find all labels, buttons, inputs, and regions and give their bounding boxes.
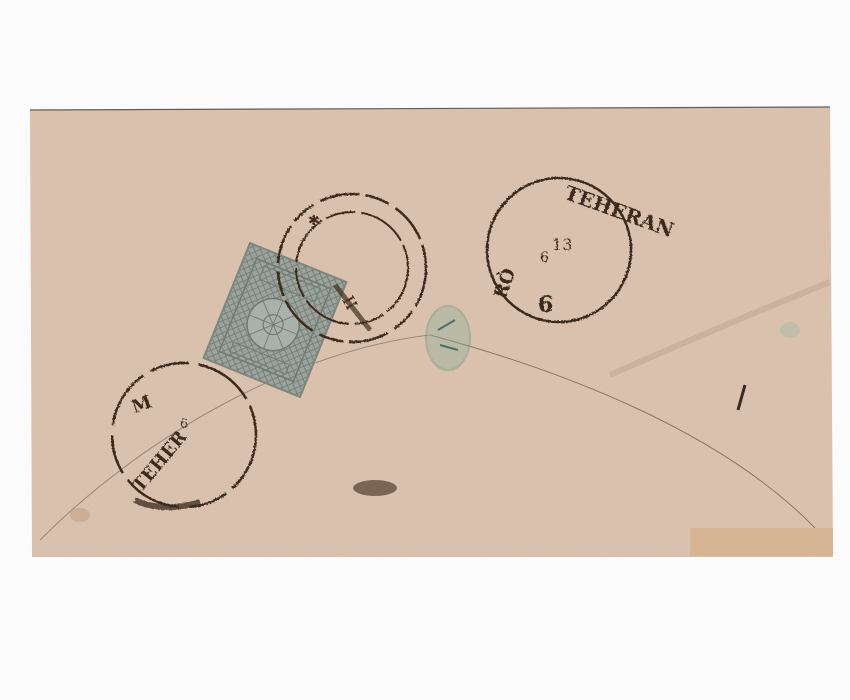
green-oval-seal [426, 306, 470, 370]
svg-text:13: 13 [552, 235, 572, 254]
svg-text:6: 6 [540, 250, 549, 266]
svg-text:✱: ✱ [308, 213, 320, 229]
svg-text:6: 6 [180, 417, 188, 432]
envelope-photo: ✱ II TEHERAN 13 6 6 RÒ 6 M TEHER [0, 0, 850, 700]
svg-text:6: 6 [538, 292, 553, 318]
